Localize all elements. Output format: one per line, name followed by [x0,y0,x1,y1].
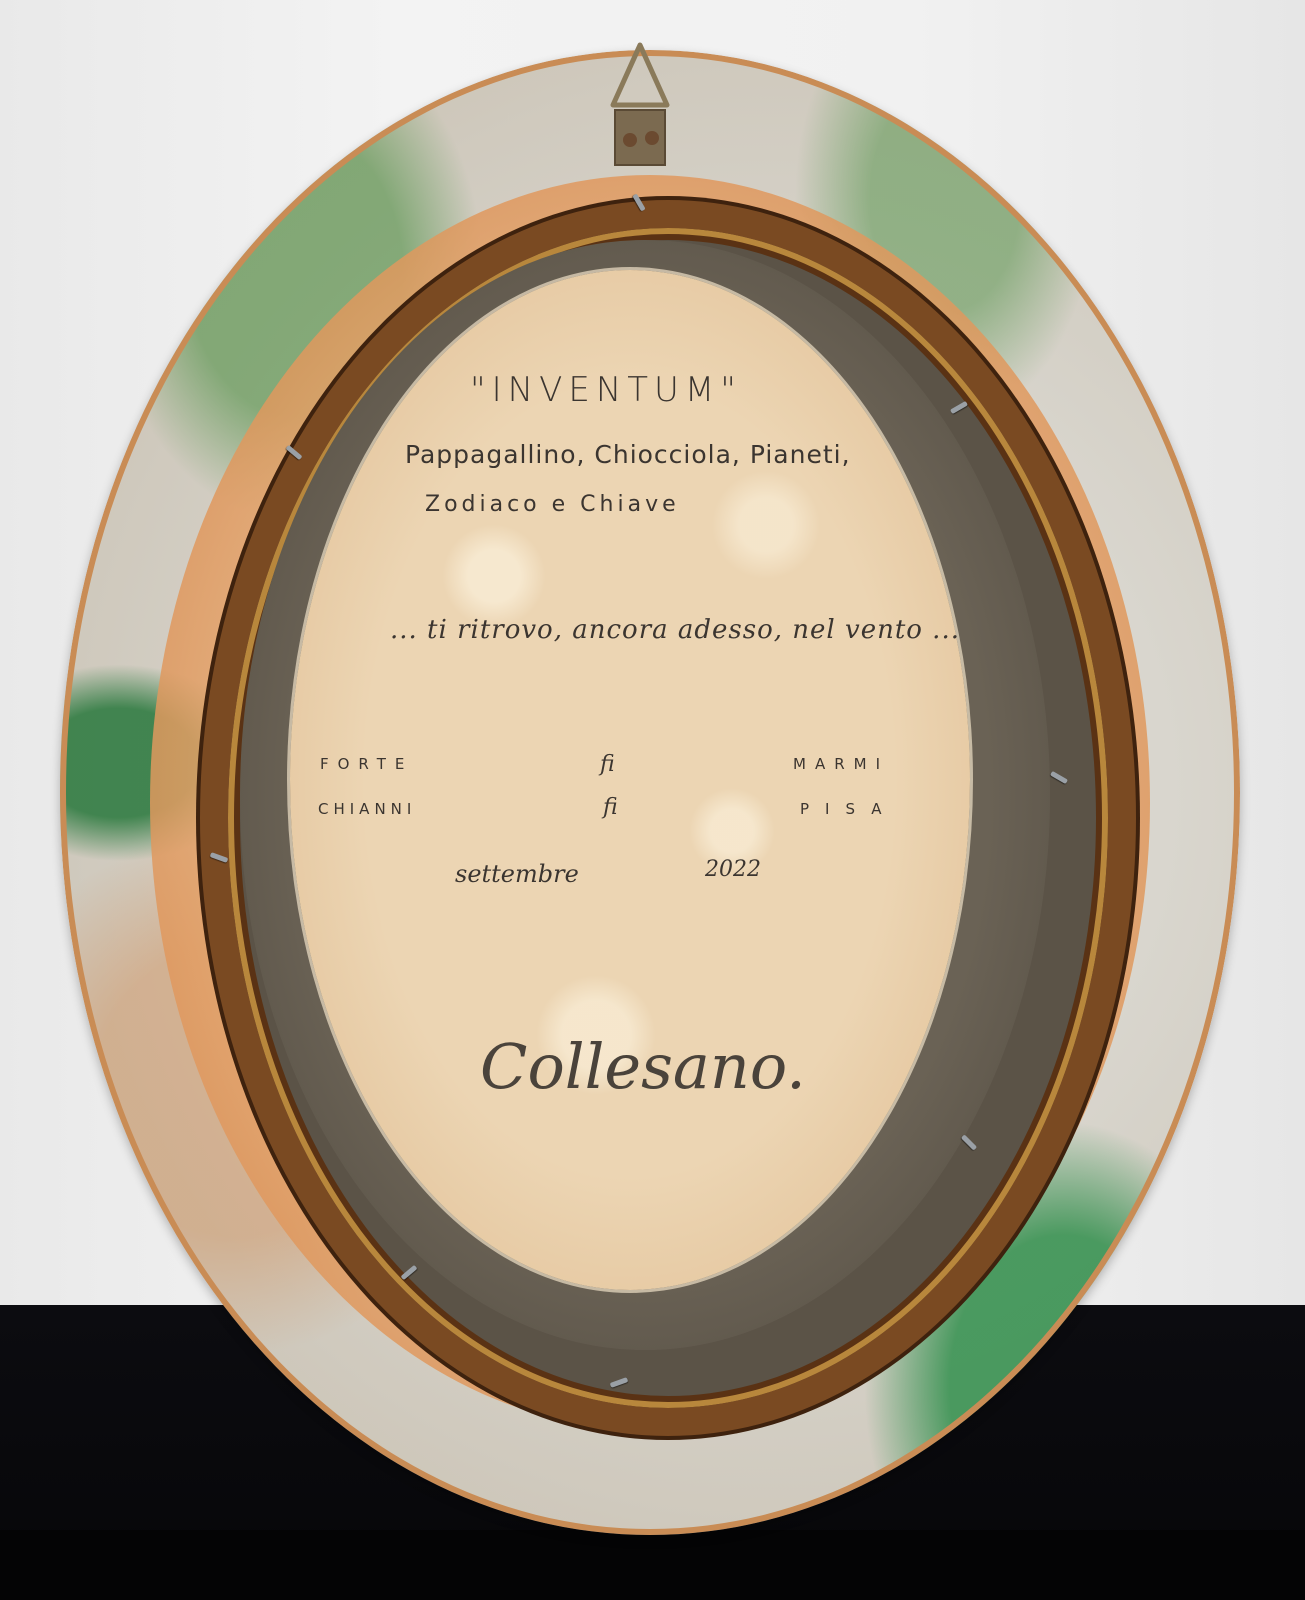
artist-signature: Collesano. [480,1030,806,1103]
date-year: 2022 [705,857,761,882]
inscription-subtitle-line2: Zodiaco e Chiave [425,492,680,517]
place-marmi: MARMI [793,755,889,773]
inscription-subtitle-line1: Pappagallino, Chiocciola, Pianeti, [405,440,851,469]
date-month: settembre [455,860,579,888]
hanging-hook-icon [605,40,675,175]
inscribed-paper [290,270,970,1290]
place-chianni: CHIANNI [318,800,416,818]
inscription-poem: ... ti ritrovo, ancora adesso, nel vento… [390,615,960,645]
place-pisa: PISA [800,800,898,818]
place-forte: FORTE [320,755,413,773]
shelf-edge [0,1530,1305,1600]
place-fi-top: fi [600,752,615,777]
inscription-title: "INVENTUM" [470,370,742,410]
place-fi-bottom: fi [603,795,618,820]
